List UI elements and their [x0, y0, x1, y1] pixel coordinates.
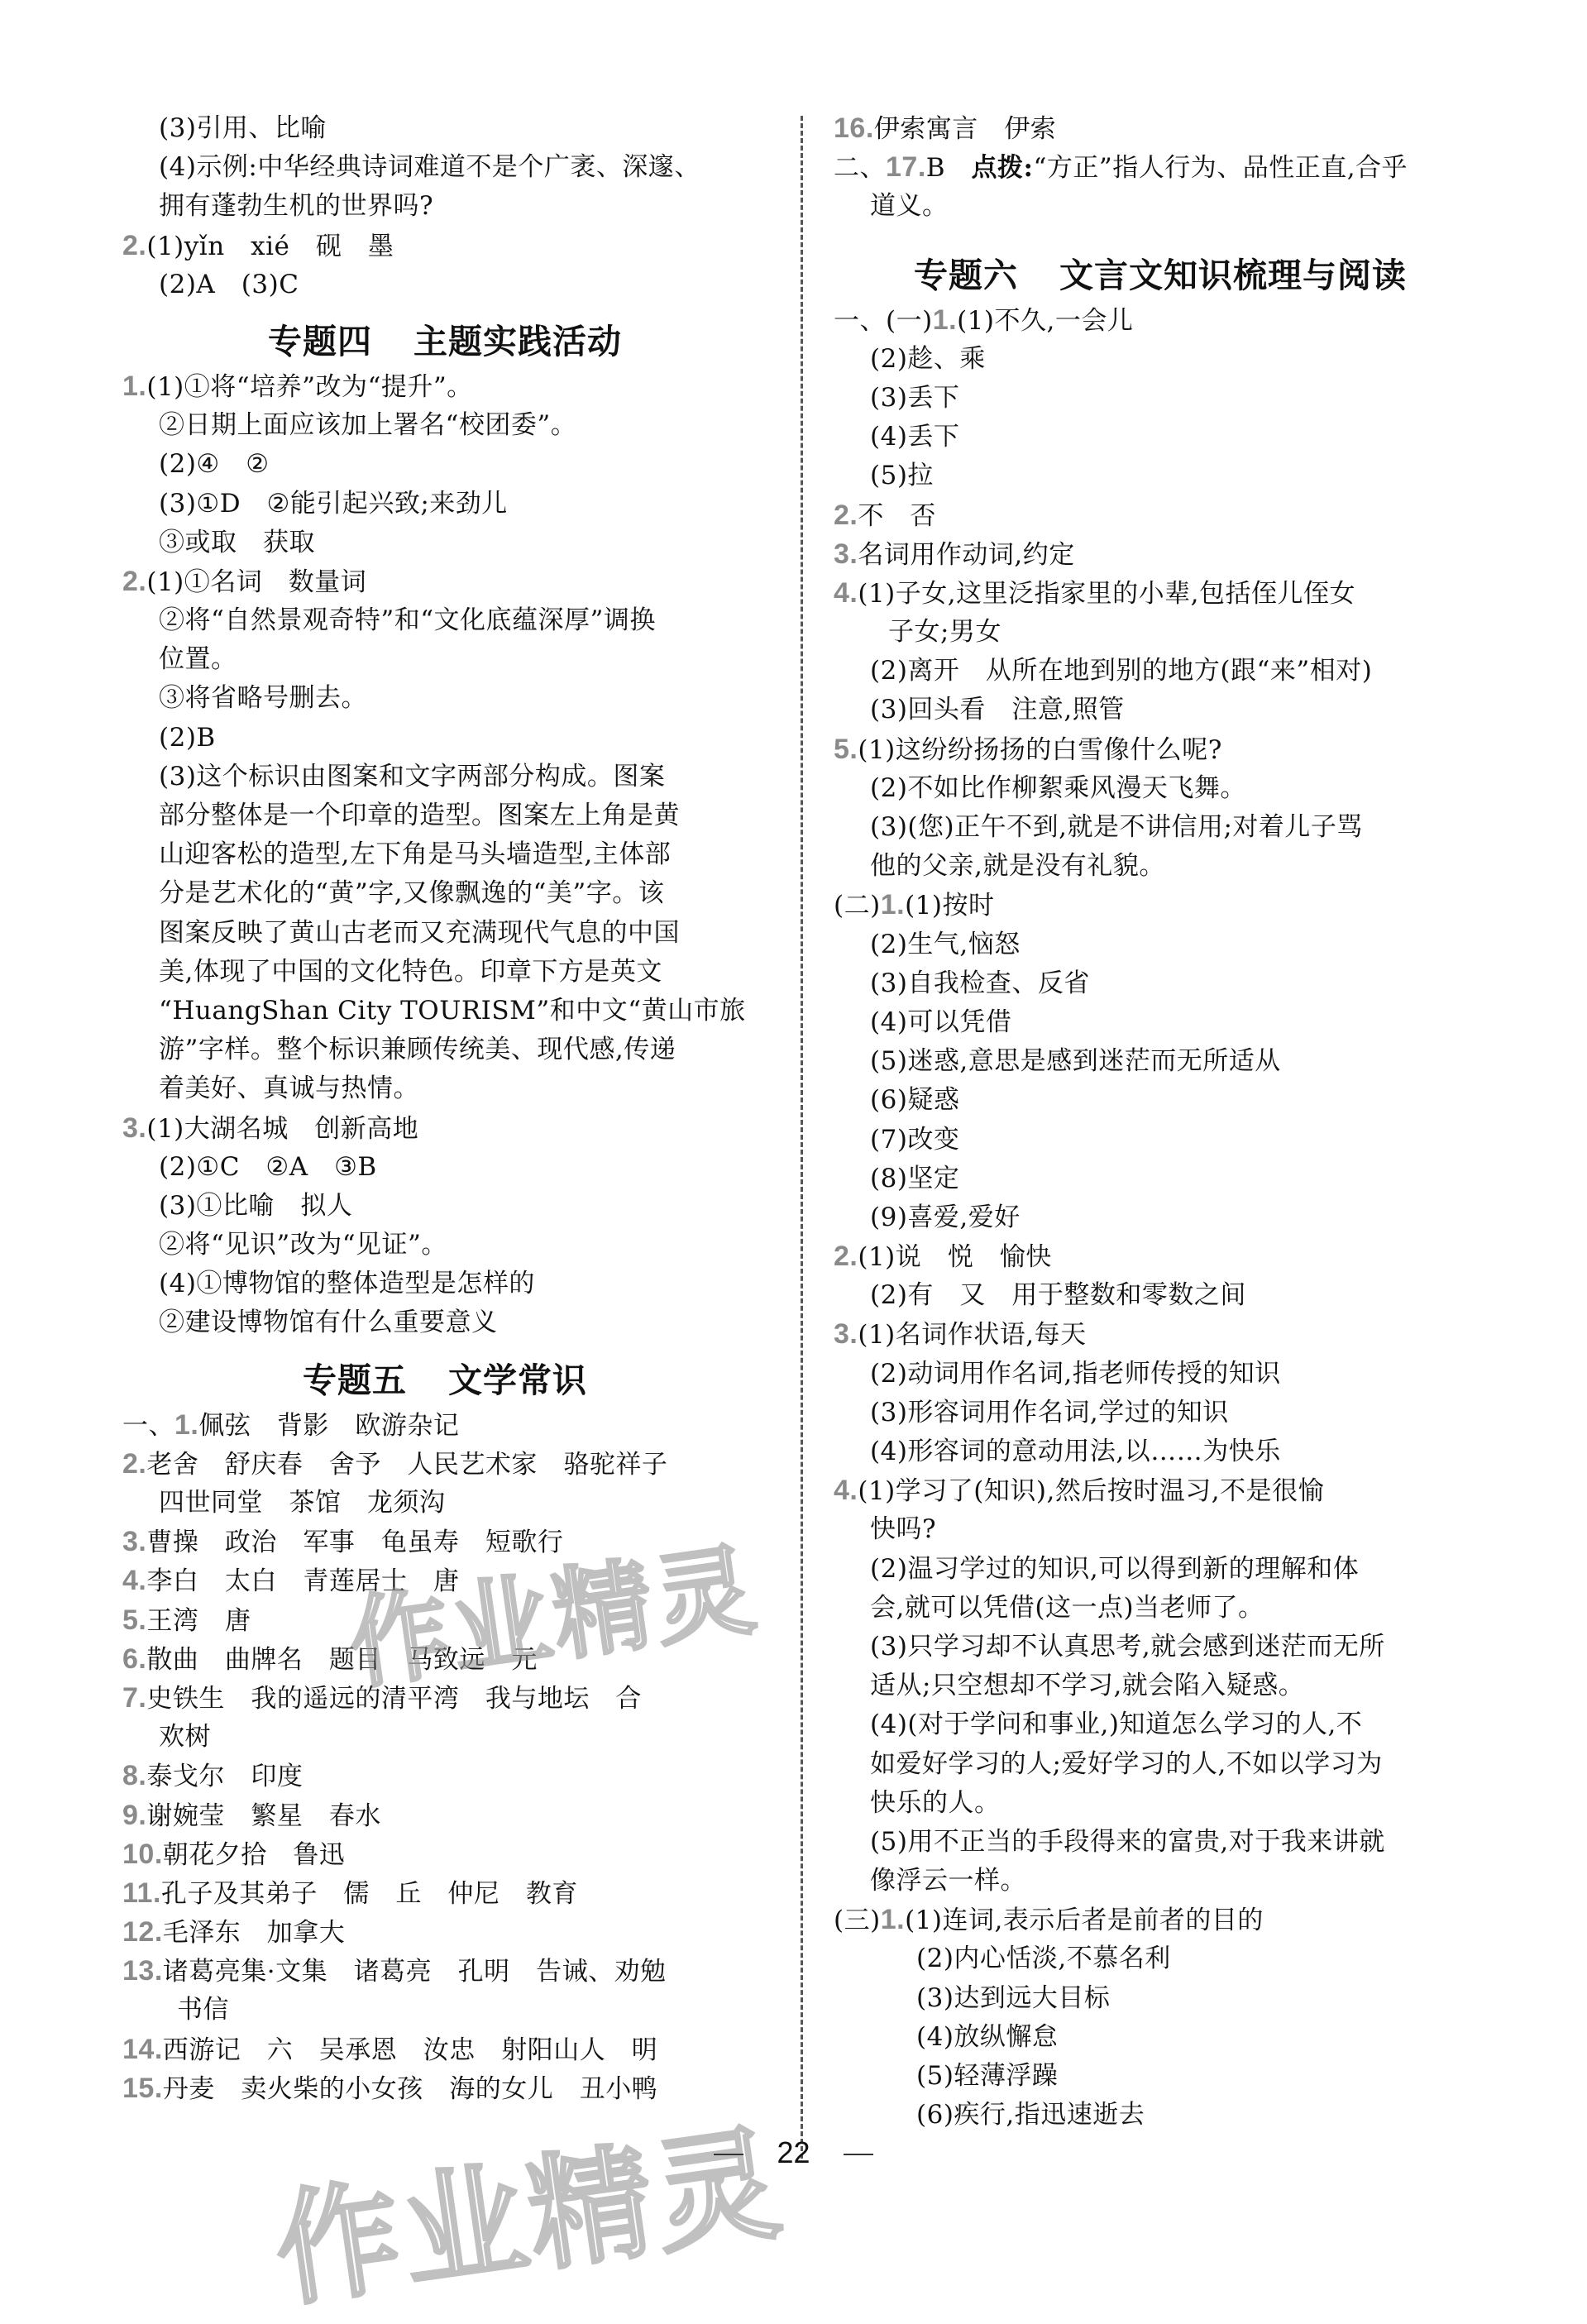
question-number: 13. — [122, 1955, 163, 1987]
answer-line: 美,体现了中国的文化特色。印章下方是英文 — [122, 953, 767, 992]
part-prefix: 二、 — [834, 153, 886, 183]
answer-line: 2.老舍 舒庆春 舍予 人民艺术家 骆驼祥子 — [122, 1445, 767, 1484]
answer-text: 诸葛亮集·文集 诸葛亮 孔明 告诫、劝勉 — [163, 1957, 667, 1987]
answer-line: 图案反映了黄山古老而又充满现代气息的中国 — [122, 914, 767, 953]
question-number: 11. — [122, 1877, 161, 1909]
answer-line: 6.散曲 曲牌名 题目 马致远 元 — [122, 1640, 767, 1679]
answer-line: (3)引用、比喻 — [122, 109, 767, 148]
answer-line: 一、1.佩弦 背影 欧游杂记 — [122, 1406, 767, 1445]
answer-text: 不 否 — [858, 501, 936, 531]
answer-line: (5)迷惑,意思是感到迷茫而无所适从 — [834, 1042, 1487, 1081]
answer-line: 子女;男女 — [834, 613, 1487, 652]
answer-line: (5)用不正当的手段得来的富贵,对于我来讲就 — [834, 1823, 1487, 1862]
answer-text: (1)子女,这里泛指家里的小辈,包括侄儿侄女 — [858, 579, 1355, 609]
question-number: 16. — [834, 112, 874, 144]
question-number: 5. — [122, 1604, 146, 1636]
answer-line: (2)B — [122, 719, 767, 758]
answer-line: 道义。 — [834, 187, 1487, 226]
answer-line: (2)动词用作名词,指老师传授的知识 — [834, 1355, 1487, 1394]
answer-line: (5)轻薄浮躁 — [834, 2057, 1487, 2096]
answer-line: (4)(对于学问和事业,)知道怎么学习的人,不 — [834, 1705, 1487, 1744]
answer-line: 10.朝花夕拾 鲁迅 — [122, 1835, 767, 1874]
answer-line: 5.(1)这纷纷扬扬的白雪像什么呢? — [834, 730, 1487, 769]
section-label: 专题六 — [914, 256, 1018, 295]
answer-text: (1)大湖名城 创新高地 — [146, 1114, 418, 1144]
answer-text: (1)名词作状语,每天 — [858, 1320, 1086, 1350]
answer-line: ②建设博物馆有什么重要意义 — [122, 1303, 767, 1342]
answer-line: 会,就可以凭借(这一点)当老师了。 — [834, 1589, 1487, 1628]
answer-line: 游”字样。整个标识兼顾传统美、现代感,传递 — [122, 1030, 767, 1069]
answer-line: 欢树 — [122, 1718, 767, 1757]
question-number: 1. — [122, 371, 146, 402]
answer-line: (3)回头看 注意,照管 — [834, 691, 1487, 729]
answer-line: 四世同堂 茶馆 龙须沟 — [122, 1484, 767, 1523]
answer-text: 佩弦 背影 欧游杂记 — [198, 1411, 459, 1441]
answer-line: (2)不如比作柳絮乘风漫天飞舞。 — [834, 769, 1487, 808]
answer-text: (1)①将“培养”改为“提升”。 — [146, 372, 472, 402]
question-number: 3. — [834, 538, 858, 570]
answer-line: (二)1.(1)按时 — [834, 886, 1487, 925]
answer-line: 山迎客松的造型,左下角是马头墙造型,主体部 — [122, 835, 767, 874]
answer-text: 谢婉莹 繁星 春水 — [146, 1801, 381, 1831]
answer-line: 14.西游记 六 吴承恩 汝忠 射阳山人 明 — [122, 2030, 767, 2069]
answer-line: (2)趁、乘 — [834, 340, 1487, 379]
section-title: 文言文知识梳理与阅读 — [1059, 256, 1407, 295]
answer-line: 2.(1)yǐn xié 砚 墨 — [122, 227, 767, 265]
question-number: 15. — [122, 2073, 163, 2104]
answer-line: (3)只学习却不认真思考,就会感到迷茫而无所 — [834, 1628, 1487, 1666]
answer-text: 散曲 曲牌名 题目 马致远 元 — [146, 1645, 538, 1675]
answer-line: (2)离开 从所在地到别的地方(跟“来”相对) — [834, 652, 1487, 691]
answer-line: (4)形容词的意动用法,以……为快乐 — [834, 1432, 1487, 1471]
section-heading-4: 专题四主题实践活动 — [122, 316, 767, 367]
answer-line: (9)喜爱,爱好 — [834, 1198, 1487, 1237]
answer-text: (1)不久,一会儿 — [957, 306, 1133, 336]
question-number: 1. — [933, 304, 957, 336]
right-column: 16.伊索寓言 伊索 二、17.B 点拨:“方正”指人行为、品性正直,合乎 道义… — [834, 109, 1487, 2135]
answer-line: (3)①D ②能引起兴致;来劲儿 — [122, 485, 767, 524]
question-number: 17. — [886, 151, 926, 183]
answer-line: 12.毛泽东 加拿大 — [122, 1913, 767, 1952]
answer-line: 16.伊索寓言 伊索 — [834, 109, 1487, 148]
answer-line: (2)温习学过的知识,可以得到新的理解和体 — [834, 1550, 1487, 1589]
answer-line: (2)A (3)C — [122, 265, 767, 304]
answer-text: 老舍 舒庆春 舍予 人民艺术家 骆驼祥子 — [146, 1450, 667, 1480]
answer-text: 名词用作动词,约定 — [858, 540, 1074, 570]
section-heading-5: 专题五文学常识 — [122, 1355, 767, 1406]
question-number: 5. — [834, 734, 858, 765]
question-number: 3. — [834, 1318, 858, 1350]
answer-line: 11.孔子及其弟子 儒 丘 仲尼 教育 — [122, 1874, 767, 1913]
answer-line: ③或取 获取 — [122, 524, 767, 562]
question-number: 2. — [834, 500, 858, 531]
answer-line: (3)丢下 — [834, 379, 1487, 418]
answer-line: (4)可以凭借 — [834, 1003, 1487, 1042]
answer-line: 3.名词用作动词,约定 — [834, 535, 1487, 574]
answer-line: 4.(1)子女,这里泛指家里的小辈,包括侄儿侄女 — [834, 574, 1487, 613]
left-column: (3)引用、比喻 (4)示例:中华经典诗词难道不是个广袤、深邃、 拥有蓬勃生机的… — [122, 109, 767, 2108]
answer-line: (2)生气,恼怒 — [834, 925, 1487, 964]
answer-line: 适从;只空想却不学习,就会陷入疑惑。 — [834, 1666, 1487, 1705]
section-title: 文学常识 — [448, 1360, 587, 1400]
answer-line: 二、17.B 点拨:“方正”指人行为、品性正直,合乎 — [834, 148, 1487, 187]
answer-text: (1)yǐn xié 砚 墨 — [146, 232, 394, 261]
answer-text: 丹麦 卖火柴的小女孩 海的女儿 丑小鸭 — [163, 2074, 658, 2104]
section-heading-6: 专题六文言文知识梳理与阅读 — [834, 250, 1487, 301]
section-title: 主题实践活动 — [413, 322, 622, 361]
question-number: 6. — [122, 1643, 146, 1675]
watermark: 作业精灵 — [263, 2083, 792, 2324]
answer-line: “HuangShan City TOURISM”和中文“黄山市旅 — [122, 992, 767, 1030]
question-number: 2. — [834, 1241, 858, 1272]
answer-line: (4)丢下 — [834, 418, 1487, 457]
answer-line: (6)疾行,指迅速逝去 — [834, 2096, 1487, 2135]
answer-line: 4.(1)学习了(知识),然后按时温习,不是很愉 — [834, 1471, 1487, 1510]
answer-line: (2)④ ② — [122, 445, 767, 484]
answer-text: 王湾 唐 — [146, 1606, 251, 1636]
question-number: 3. — [122, 1526, 146, 1557]
question-number: 10. — [122, 1839, 163, 1870]
answer-line: ②将“自然景观奇特”和“文化底蕴深厚”调换 — [122, 601, 767, 640]
answer-text: (1)连词,表示后者是前者的目的 — [905, 1906, 1264, 1935]
answer-text: 伊索寓言 伊索 — [874, 114, 1057, 144]
answer-text: 朝花夕拾 鲁迅 — [163, 1840, 346, 1870]
answer-text: (1)①名词 数量词 — [146, 567, 366, 597]
question-number: 4. — [122, 1565, 146, 1596]
question-number: 2. — [122, 230, 146, 261]
question-number: 2. — [122, 1448, 146, 1480]
answer-line: (3)自我检查、反省 — [834, 964, 1487, 1003]
answer-line: 像浮云一样。 — [834, 1862, 1487, 1901]
answer-line: 15.丹麦 卖火柴的小女孩 海的女儿 丑小鸭 — [122, 2069, 767, 2108]
question-number: 8. — [122, 1760, 146, 1791]
answer-line: ②日期上面应该加上署名“校团委”。 — [122, 406, 767, 445]
hint-text: “方正”指人行为、品性正直,合乎 — [1034, 153, 1408, 183]
section-label: 专题四 — [268, 322, 372, 361]
answer-line: 拥有蓬勃生机的世界吗? — [122, 187, 767, 226]
answer-line: (2)内心恬淡,不慕名利 — [834, 1939, 1487, 1978]
answer-line: 3.曹操 政治 军事 龟虽寿 短歌行 — [122, 1523, 767, 1561]
answer-line: (3)(您)正午不到,就是不讲信用;对着儿子骂 — [834, 808, 1487, 847]
answer-line: (7)改变 — [834, 1121, 1487, 1160]
answer-text: (1)学习了(知识),然后按时温习,不是很愉 — [858, 1476, 1324, 1506]
answer-text: 曹操 政治 军事 龟虽寿 短歌行 — [146, 1528, 563, 1557]
dash-right — [844, 2154, 873, 2155]
answer-line: 8.泰戈尔 印度 — [122, 1757, 767, 1796]
answer-line: 他的父亲,就是没有礼貌。 — [834, 847, 1487, 886]
answer-line: 7.史铁生 我的遥远的清平湾 我与地坛 合 — [122, 1679, 767, 1718]
answer-text: 西游记 六 吴承恩 汝忠 射阳山人 明 — [163, 2035, 658, 2065]
question-number: 1. — [881, 889, 905, 921]
question-number: 9. — [122, 1800, 146, 1831]
answer-text: (1)说 悦 愉快 — [858, 1242, 1051, 1272]
answer-line: 着美好、真诚与热情。 — [122, 1069, 767, 1108]
answer-text: 泰戈尔 印度 — [146, 1762, 303, 1791]
answer-text: B — [926, 153, 972, 183]
answer-line: 3.(1)大湖名城 创新高地 — [122, 1109, 767, 1148]
answer-line: 一、(一)1.(1)不久,一会儿 — [834, 301, 1487, 340]
answer-line: ②将“见识”改为“见证”。 — [122, 1226, 767, 1265]
answer-text: 毛泽东 加拿大 — [163, 1918, 346, 1948]
answer-line: 部分整体是一个印章的造型。图案左上角是黄 — [122, 796, 767, 835]
answer-line: 9.谢婉莹 繁星 春水 — [122, 1796, 767, 1835]
answer-text: 李白 太白 青莲居士 唐 — [146, 1566, 459, 1596]
answer-line: 13.诸葛亮集·文集 诸葛亮 孔明 告诫、劝勉 — [122, 1952, 767, 1991]
answer-line: (3)形容词用作名词,学过的知识 — [834, 1394, 1487, 1432]
answer-line: (3)达到远大目标 — [834, 1979, 1487, 2018]
question-number: 3. — [122, 1112, 146, 1144]
question-number: 14. — [122, 2034, 163, 2065]
part-prefix: 一、 — [122, 1411, 174, 1441]
answer-line: 1.(1)①将“培养”改为“提升”。 — [122, 367, 767, 406]
answer-line: 5.王湾 唐 — [122, 1601, 767, 1640]
part-prefix: (三) — [834, 1906, 881, 1935]
answer-line: 位置。 — [122, 640, 767, 679]
answer-text: 孔子及其弟子 儒 丘 仲尼 教育 — [161, 1879, 578, 1909]
hint-label: 点拨: — [972, 153, 1034, 183]
answer-line: (3)①比喻 拟人 — [122, 1187, 767, 1226]
question-number: 4. — [834, 577, 858, 609]
answer-line: (5)拉 — [834, 457, 1487, 495]
page-footer: 22 — [0, 2135, 1587, 2170]
answer-line: 如爱好学习的人;爱好学习的人,不如以学习为 — [834, 1745, 1487, 1784]
answer-line: (4)示例:中华经典诗词难道不是个广袤、深邃、 — [122, 148, 767, 187]
answer-line: 3.(1)名词作状语,每天 — [834, 1315, 1487, 1354]
question-number: 4. — [834, 1475, 858, 1506]
answer-text: (1)按时 — [905, 891, 994, 921]
answer-line: (三)1.(1)连词,表示后者是前者的目的 — [834, 1901, 1487, 1939]
answer-line: 2.(1)①名词 数量词 — [122, 562, 767, 601]
question-number: 1. — [174, 1409, 198, 1441]
answer-text: (1)这纷纷扬扬的白雪像什么呢? — [858, 735, 1222, 765]
section-label: 专题五 — [303, 1360, 407, 1400]
answer-line: (2)①C ②A ③B — [122, 1148, 767, 1187]
answer-line: (4)①博物馆的整体造型是怎样的 — [122, 1265, 767, 1303]
answer-line: (3)这个标识由图案和文字两部分构成。图案 — [122, 758, 767, 796]
answer-line: 2.(1)说 悦 愉快 — [834, 1237, 1487, 1276]
answer-line: 2.不 否 — [834, 496, 1487, 535]
question-number: 1. — [881, 1904, 905, 1935]
dash-left — [714, 2154, 743, 2155]
answer-line: (6)疑惑 — [834, 1081, 1487, 1120]
answer-line: ③将省略号删去。 — [122, 679, 767, 718]
answer-line: 快乐的人。 — [834, 1784, 1487, 1823]
question-number: 12. — [122, 1916, 163, 1948]
page-number: 22 — [777, 2135, 810, 2169]
answer-line: 分是艺术化的“黄”字,又像飘逸的“美”字。该 — [122, 874, 767, 913]
part-prefix: (二) — [834, 891, 881, 921]
column-divider — [801, 116, 803, 2159]
answer-line: 4.李白 太白 青莲居士 唐 — [122, 1561, 767, 1600]
question-number: 7. — [122, 1682, 146, 1714]
answer-line: 快吗? — [834, 1510, 1487, 1549]
answer-line: 书信 — [122, 1991, 767, 2030]
question-number: 2. — [122, 566, 146, 597]
answer-text: 史铁生 我的遥远的清平湾 我与地坛 合 — [146, 1684, 642, 1714]
answer-line: (2)有 又 用于整数和零数之间 — [834, 1276, 1487, 1315]
answer-line: (4)放纵懈怠 — [834, 2018, 1487, 2057]
answer-line: (8)坚定 — [834, 1160, 1487, 1198]
part-prefix: 一、(一) — [834, 306, 933, 336]
